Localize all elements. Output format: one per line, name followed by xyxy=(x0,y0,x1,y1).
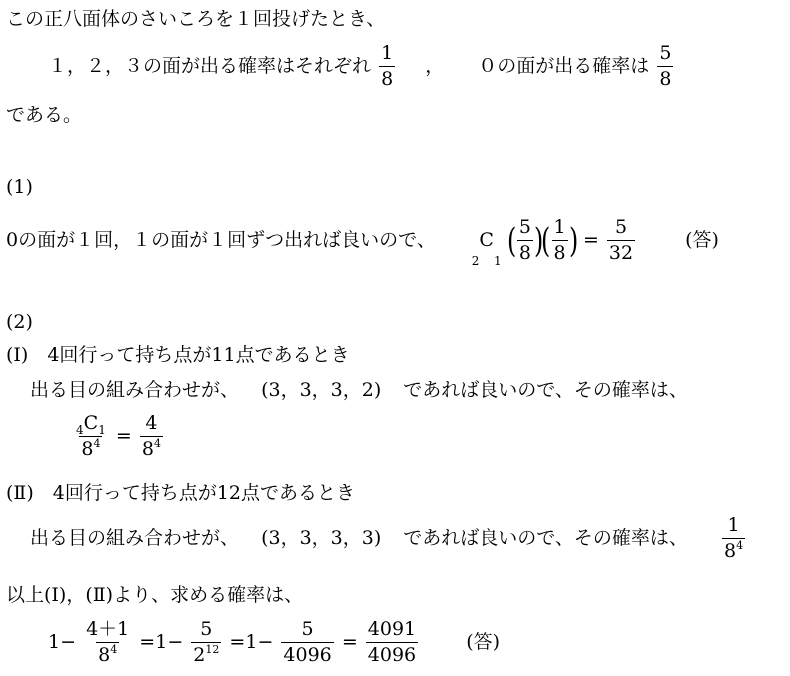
case1-text-a: 出る目の組み合わせが、 xyxy=(30,379,239,401)
fraction-numerator: 1 xyxy=(379,44,395,66)
part1-text: 0の面が１回，１の面が１回ずつ出れば良いので、 xyxy=(6,229,436,251)
fraction-denominator: 8 xyxy=(379,66,395,90)
case2-title: (Ⅱ) 4回行って持ち点が12点であるとき xyxy=(6,484,355,503)
equals-sign: = xyxy=(139,631,155,653)
combination-subscript: 1 xyxy=(494,254,502,268)
base: 2 xyxy=(193,644,205,666)
case2-text-a: 出る目の組み合わせが、 xyxy=(30,527,239,549)
left-paren: ( xyxy=(541,224,550,258)
case2-body: 出る目の組み合わせが、 (3，3，3，3) であれば良いので、その確率は、 1 … xyxy=(30,516,747,562)
separator: ， xyxy=(425,55,444,77)
fraction-combination-over-power: 4C1 84 xyxy=(74,414,108,460)
intro-probabilities-text: １，２，３の面が出る確率はそれぞれ xyxy=(48,55,371,77)
case1-body: 出る目の組み合わせが、 (3，3，3，2) であれば良いので、その確率は、 xyxy=(30,381,688,400)
fraction-numerator: 5 xyxy=(300,620,316,642)
part1-label: (1) xyxy=(6,178,33,197)
fraction-denominator: 84 xyxy=(79,436,102,460)
fraction-denominator: 8 xyxy=(552,240,568,264)
fraction-numerator: 5 xyxy=(657,44,673,66)
fraction-numerator: 1 xyxy=(552,218,568,240)
exponent: 4 xyxy=(110,643,117,656)
final-formula: 1− 4＋1 84 =1− 5 212 =1− 5 4096 = 4091 40… xyxy=(48,620,500,666)
fraction-five-eighths: 5 8 xyxy=(657,44,673,90)
combination-pre-subscript: 4 xyxy=(76,423,84,437)
case1-title: (Ⅰ) 4回行って持ち点が11点であるとき xyxy=(6,346,350,365)
part1-body: 0の面が１回，１の面が１回ずつ出れば良いので、 2C1 (58)(18) = 5… xyxy=(6,218,719,264)
fraction-denominator: 8 xyxy=(517,240,533,264)
fraction-five-eighths: 58 xyxy=(517,218,533,264)
fraction-denominator: 84 xyxy=(140,436,163,460)
fraction-one-eighth: 18 xyxy=(552,218,568,264)
fraction-term-3: 5 4096 xyxy=(281,620,333,666)
answer-mark: (答) xyxy=(466,631,500,653)
case1-formula: 4C1 84 = 4 84 xyxy=(72,414,165,460)
case2-text-b: であれば良いので、その確率は、 xyxy=(403,527,688,549)
fraction-case2-probability: 1 84 xyxy=(722,516,745,562)
intro-zero-face-text: ０の面が出る確率は xyxy=(478,55,649,77)
combination-symbol: C xyxy=(479,229,494,251)
answer-mark: (答) xyxy=(685,229,719,251)
intro-line-2: １，２，３の面が出る確率はそれぞれ 1 8 ， ０の面が出る確率は 5 8 xyxy=(48,44,675,90)
combination-expression: 2C1 xyxy=(472,229,508,251)
minus-sign: − xyxy=(60,631,76,653)
case2-combination: (3，3，3，3) xyxy=(261,527,381,549)
fraction-numerator: 1 xyxy=(725,516,741,538)
base: 8 xyxy=(81,438,93,460)
combination-pre-subscript: 2 xyxy=(472,254,480,268)
one: 1 xyxy=(48,631,60,653)
base: 8 xyxy=(724,540,736,562)
exponent: 4 xyxy=(154,437,161,450)
exponent: 4 xyxy=(736,539,743,552)
fraction-denominator: 8 xyxy=(657,66,673,90)
fraction-denominator: 212 xyxy=(191,642,221,666)
fraction-denominator: 4096 xyxy=(366,642,418,666)
fraction-term-2: 5 212 xyxy=(191,620,221,666)
equals-sign: = xyxy=(116,425,132,447)
left-paren: ( xyxy=(507,224,516,258)
base: 8 xyxy=(142,438,154,460)
one: 1 xyxy=(245,631,257,653)
base: 8 xyxy=(98,644,110,666)
fraction-result: 4 84 xyxy=(140,414,163,460)
minus-sign: − xyxy=(167,631,183,653)
combination-subscript: 1 xyxy=(98,423,106,437)
intro-line-3: である。 xyxy=(6,106,82,125)
fraction-denominator: 4096 xyxy=(281,642,333,666)
fraction-numerator: 4＋1 xyxy=(84,620,131,642)
minus-sign: − xyxy=(257,631,273,653)
fraction-numerator: 4091 xyxy=(366,620,418,642)
equals-sign: = xyxy=(342,631,358,653)
part2-label: (2) xyxy=(6,313,33,332)
fraction-numerator: 5 xyxy=(613,218,629,240)
intro-line-1: この正八面体のさいころを１回投げたとき、 xyxy=(6,10,385,29)
one: 1 xyxy=(155,631,167,653)
fraction-denominator: 32 xyxy=(607,240,635,264)
fraction-term-1: 4＋1 84 xyxy=(84,620,131,666)
right-paren: ) xyxy=(569,224,578,258)
fraction-numerator: 4C1 xyxy=(74,414,108,436)
case1-combination: (3，3，3，2) xyxy=(261,379,381,401)
fraction-denominator: 84 xyxy=(722,538,745,562)
fraction-one-eighth: 1 8 xyxy=(379,44,395,90)
equals-sign: = xyxy=(583,229,599,251)
fraction-numerator: 4 xyxy=(143,414,159,436)
case1-text-b: であれば良いので、その確率は、 xyxy=(403,379,688,401)
fraction-numerator: 5 xyxy=(198,620,214,642)
fraction-answer: 5 32 xyxy=(607,218,635,264)
fraction-numerator: 5 xyxy=(517,218,533,240)
exponent: 4 xyxy=(93,437,100,450)
fraction-denominator: 84 xyxy=(96,642,119,666)
equals-sign: = xyxy=(229,631,245,653)
combination-symbol: C xyxy=(84,412,99,434)
exponent: 12 xyxy=(205,643,219,656)
conclusion-text: 以上(Ⅰ)，(Ⅱ)より、求める確率は、 xyxy=(6,586,303,605)
fraction-final-answer: 4091 4096 xyxy=(366,620,418,666)
